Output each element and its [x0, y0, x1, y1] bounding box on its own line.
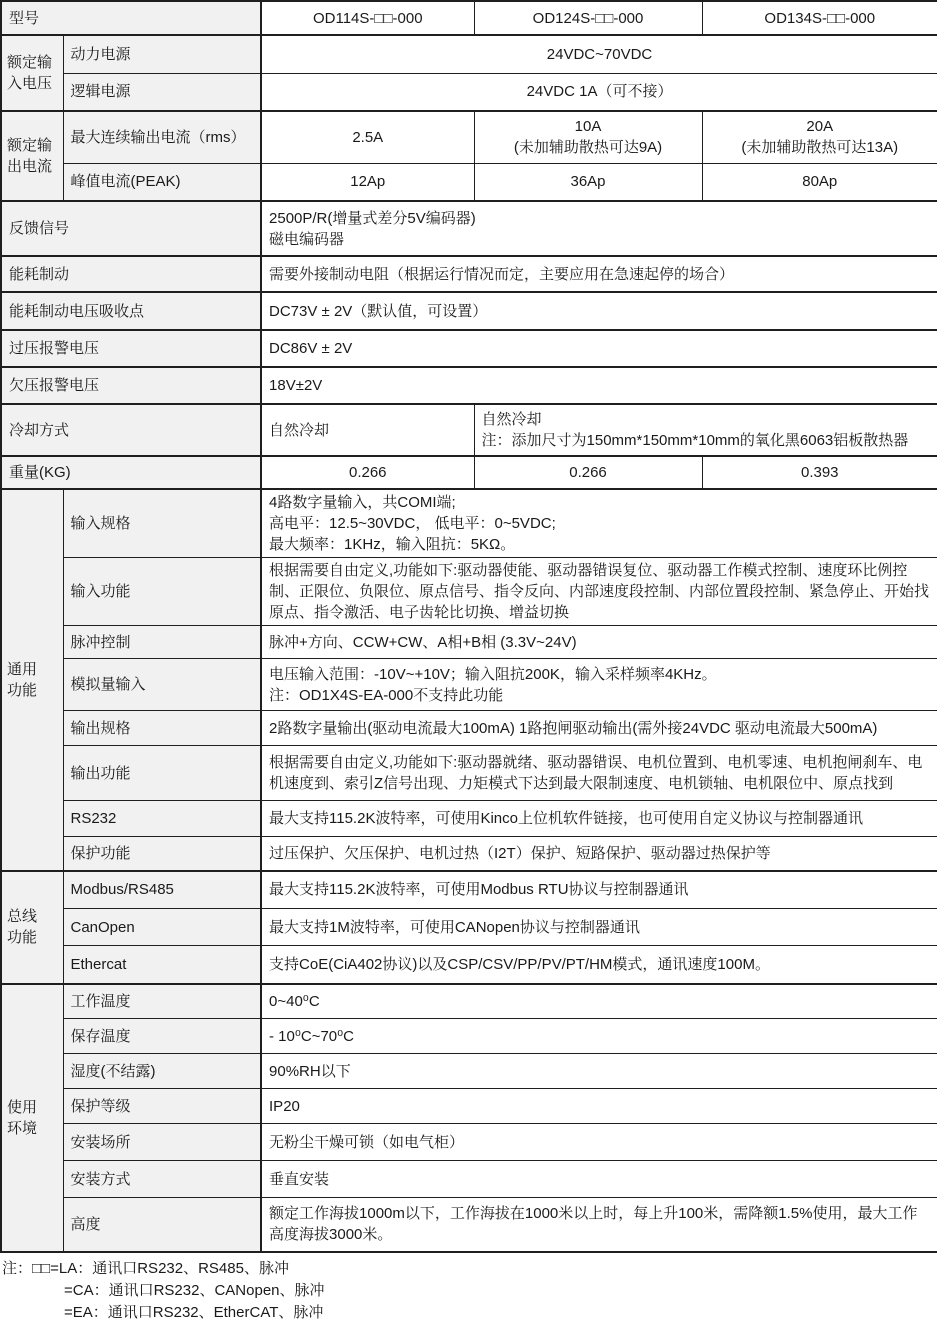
weight-row: 重量(KG) 0.266 0.266 0.393: [1, 456, 937, 489]
group-general-functions: 通用 功能: [1, 489, 63, 871]
install-method-label: 安装方式: [63, 1161, 261, 1198]
continuous-current-v2: 10A (未加辅助散热可达9A): [474, 111, 702, 163]
analog-input-value: 电压输入范围：-10V~+10V；输入阻抗200K，输入采样频率4KHz。 注：…: [261, 659, 937, 711]
power-supply-row: 额定输 入电压 动力电源 24VDC~70VDC: [1, 35, 937, 73]
logic-supply-row: 逻辑电源 24VDC 1A（可不接）: [1, 73, 937, 111]
install-site-value: 无粉尘干燥可锁（如电气柜）: [261, 1124, 937, 1161]
cooling-row: 冷却方式 自然冷却 自然冷却 注：添加尺寸为150mm*150mm*10mm的氧…: [1, 404, 937, 456]
logic-supply-value: 24VDC 1A（可不接）: [261, 73, 937, 111]
general-row-input-func: 输入功能 根据需要自由定义,功能如下:驱动器使能、驱动器错误复位、驱动器工作模式…: [1, 558, 937, 626]
model-row-label: 型号: [1, 1, 261, 35]
working-temp-label: 工作温度: [63, 984, 261, 1019]
protection-value: 过压保护、欠压保护、电机过热（I2T）保护、短路保护、驱动器过热保护等: [261, 837, 937, 871]
storage-temp-label: 保存温度: [63, 1019, 261, 1054]
model-od114s: OD114S-□□-000: [261, 1, 474, 35]
altitude-value: 额定工作海拔1000m以下，工作海拔在1000米以上时，每上升100米，需降额1…: [261, 1198, 937, 1252]
weight-v3: 0.393: [702, 456, 937, 489]
humidity-value: 90%RH以下: [261, 1054, 937, 1089]
overvoltage-row: 过压报警电压 DC86V ± 2V: [1, 330, 937, 367]
env-row-ip-rating: 保护等级 IP20: [1, 1089, 937, 1124]
braking-value: 需要外接制动电阻（根据运行情况而定，主要应用在急速起停的场合）: [261, 256, 937, 292]
input-spec-label: 输入规格: [63, 489, 261, 558]
braking-voltage-row: 能耗制动电压吸收点 DC73V ± 2V（默认值，可设置）: [1, 292, 937, 330]
bus-row-ethercat: Ethercat 支持CoE(CiA402协议)以及CSP/CSV/PP/PV/…: [1, 946, 937, 984]
feedback-label: 反馈信号: [1, 201, 261, 256]
peak-current-v2: 36Ap: [474, 163, 702, 201]
input-func-value: 根据需要自由定义,功能如下:驱动器使能、驱动器错误复位、驱动器工作模式控制、速度…: [261, 558, 937, 626]
canopen-label: CanOpen: [63, 909, 261, 946]
overvoltage-value: DC86V ± 2V: [261, 330, 937, 367]
env-row-install-method: 安装方式 垂直安装: [1, 1161, 937, 1198]
weight-label: 重量(KG): [1, 456, 261, 489]
bus-row-canopen: CanOpen 最大支持1M波特率，可使用CANopen协议与控制器通讯: [1, 909, 937, 946]
input-spec-value: 4路数字量输入，共COMI端; 高电平：12.5~30VDC， 低电平：0~5V…: [261, 489, 937, 558]
power-supply-value: 24VDC~70VDC: [261, 35, 937, 73]
braking-row: 能耗制动 需要外接制动电阻（根据运行情况而定，主要应用在急速起停的场合）: [1, 256, 937, 292]
footnote-ea: =EA：通讯口RS232、EtherCAT、脉冲: [64, 1302, 937, 1324]
output-func-value: 根据需要自由定义,功能如下:驱动器就绪、驱动器错误、电机位置到、电机零速、电机抱…: [261, 746, 937, 801]
weight-v2: 0.266: [474, 456, 702, 489]
ip-rating-label: 保护等级: [63, 1089, 261, 1124]
env-row-install-site: 安装场所 无粉尘干燥可锁（如电气柜）: [1, 1124, 937, 1161]
braking-label: 能耗制动: [1, 256, 261, 292]
feedback-value: 2500P/R(增量式差分5V编码器) 磁电编码器: [261, 201, 937, 256]
braking-voltage-value: DC73V ± 2V（默认值，可设置）: [261, 292, 937, 330]
feedback-row: 反馈信号 2500P/R(增量式差分5V编码器) 磁电编码器: [1, 201, 937, 256]
spec-table: 型号 OD114S-□□-000 OD124S-□□-000 OD134S-□□…: [0, 0, 937, 1253]
general-row-analog: 模拟量输入 电压输入范围：-10V~+10V；输入阻抗200K，输入采样频率4K…: [1, 659, 937, 711]
peak-current-label: 峰值电流(PEAK): [63, 163, 261, 201]
install-site-label: 安装场所: [63, 1124, 261, 1161]
group-bus-functions: 总线 功能: [1, 871, 63, 984]
continuous-current-row: 额定输 出电流 最大连续输出电流（rms） 2.5A 10A (未加辅助散热可达…: [1, 111, 937, 163]
group-output-current: 额定输 出电流: [1, 111, 63, 201]
env-row-altitude: 高度 额定工作海拔1000m以下，工作海拔在1000米以上时，每上升100米，需…: [1, 1198, 937, 1252]
storage-temp-value: - 10⁰C~70⁰C: [261, 1019, 937, 1054]
ethercat-value: 支持CoE(CiA402协议)以及CSP/CSV/PP/PV/PT/HM模式，通…: [261, 946, 937, 984]
group-input-voltage: 额定输 入电压: [1, 35, 63, 111]
rs232-value: 最大支持115.2K波特率，可使用Kinco上位机软件链接，也可使用自定义协议与…: [261, 801, 937, 837]
analog-input-label: 模拟量输入: [63, 659, 261, 711]
modbus-value: 最大支持115.2K波特率，可使用Modbus RTU协议与控制器通讯: [261, 871, 937, 909]
model-row: 型号 OD114S-□□-000 OD124S-□□-000 OD134S-□□…: [1, 1, 937, 35]
cooling-v1: 自然冷却: [261, 404, 474, 456]
output-spec-value: 2路数字量输出(驱动电流最大100mA) 1路抱闸驱动输出(需外接24VDC 驱…: [261, 711, 937, 746]
general-row-pulse: 脉冲控制 脉冲+方向、CCW+CW、A相+B相 (3.3V~24V): [1, 626, 937, 659]
humidity-label: 湿度(不结露): [63, 1054, 261, 1089]
continuous-current-v1: 2.5A: [261, 111, 474, 163]
ethercat-label: Ethercat: [63, 946, 261, 984]
braking-voltage-label: 能耗制动电压吸收点: [1, 292, 261, 330]
undervoltage-label: 欠压报警电压: [1, 367, 261, 404]
bus-row-modbus: 总线 功能 Modbus/RS485 最大支持115.2K波特率，可使用Modb…: [1, 871, 937, 909]
footnote-la: 注：□□=LA：通讯口RS232、RS485、脉冲: [2, 1258, 937, 1280]
ip-rating-value: IP20: [261, 1089, 937, 1124]
env-row-working-temp: 使用 环境 工作温度 0~40⁰C: [1, 984, 937, 1019]
power-supply-label: 动力电源: [63, 35, 261, 73]
peak-current-v3: 80Ap: [702, 163, 937, 201]
general-row-protection: 保护功能 过压保护、欠压保护、电机过热（I2T）保护、短路保护、驱动器过热保护等: [1, 837, 937, 871]
weight-v1: 0.266: [261, 456, 474, 489]
footnote-ca: =CA：通讯口RS232、CANopen、脉冲: [64, 1280, 937, 1302]
canopen-value: 最大支持1M波特率，可使用CANopen协议与控制器通讯: [261, 909, 937, 946]
peak-current-row: 峰值电流(PEAK) 12Ap 36Ap 80Ap: [1, 163, 937, 201]
cooling-label: 冷却方式: [1, 404, 261, 456]
model-od134s: OD134S-□□-000: [702, 1, 937, 35]
general-row-input-spec: 通用 功能 输入规格 4路数字量输入，共COMI端; 高电平：12.5~30VD…: [1, 489, 937, 558]
undervoltage-row: 欠压报警电压 18V±2V: [1, 367, 937, 404]
overvoltage-label: 过压报警电压: [1, 330, 261, 367]
modbus-label: Modbus/RS485: [63, 871, 261, 909]
altitude-label: 高度: [63, 1198, 261, 1252]
peak-current-v1: 12Ap: [261, 163, 474, 201]
logic-supply-label: 逻辑电源: [63, 73, 261, 111]
pulse-control-label: 脉冲控制: [63, 626, 261, 659]
general-row-output-func: 输出功能 根据需要自由定义,功能如下:驱动器就绪、驱动器错误、电机位置到、电机零…: [1, 746, 937, 801]
continuous-current-label: 最大连续输出电流（rms）: [63, 111, 261, 163]
undervoltage-value: 18V±2V: [261, 367, 937, 404]
footnotes: 注：□□=LA：通讯口RS232、RS485、脉冲 =CA：通讯口RS232、C…: [2, 1258, 937, 1324]
input-func-label: 输入功能: [63, 558, 261, 626]
install-method-value: 垂直安装: [261, 1161, 937, 1198]
working-temp-value: 0~40⁰C: [261, 984, 937, 1019]
rs232-label: RS232: [63, 801, 261, 837]
general-row-rs232: RS232 最大支持115.2K波特率，可使用Kinco上位机软件链接，也可使用…: [1, 801, 937, 837]
env-row-storage-temp: 保存温度 - 10⁰C~70⁰C: [1, 1019, 937, 1054]
protection-label: 保护功能: [63, 837, 261, 871]
cooling-v2: 自然冷却 注：添加尺寸为150mm*150mm*10mm的氧化黑6063铝板散热…: [474, 404, 937, 456]
pulse-control-value: 脉冲+方向、CCW+CW、A相+B相 (3.3V~24V): [261, 626, 937, 659]
output-func-label: 输出功能: [63, 746, 261, 801]
group-environment: 使用 环境: [1, 984, 63, 1252]
general-row-output-spec: 输出规格 2路数字量输出(驱动电流最大100mA) 1路抱闸驱动输出(需外接24…: [1, 711, 937, 746]
output-spec-label: 输出规格: [63, 711, 261, 746]
model-od124s: OD124S-□□-000: [474, 1, 702, 35]
env-row-humidity: 湿度(不结露) 90%RH以下: [1, 1054, 937, 1089]
continuous-current-v3: 20A (未加辅助散热可达13A): [702, 111, 937, 163]
